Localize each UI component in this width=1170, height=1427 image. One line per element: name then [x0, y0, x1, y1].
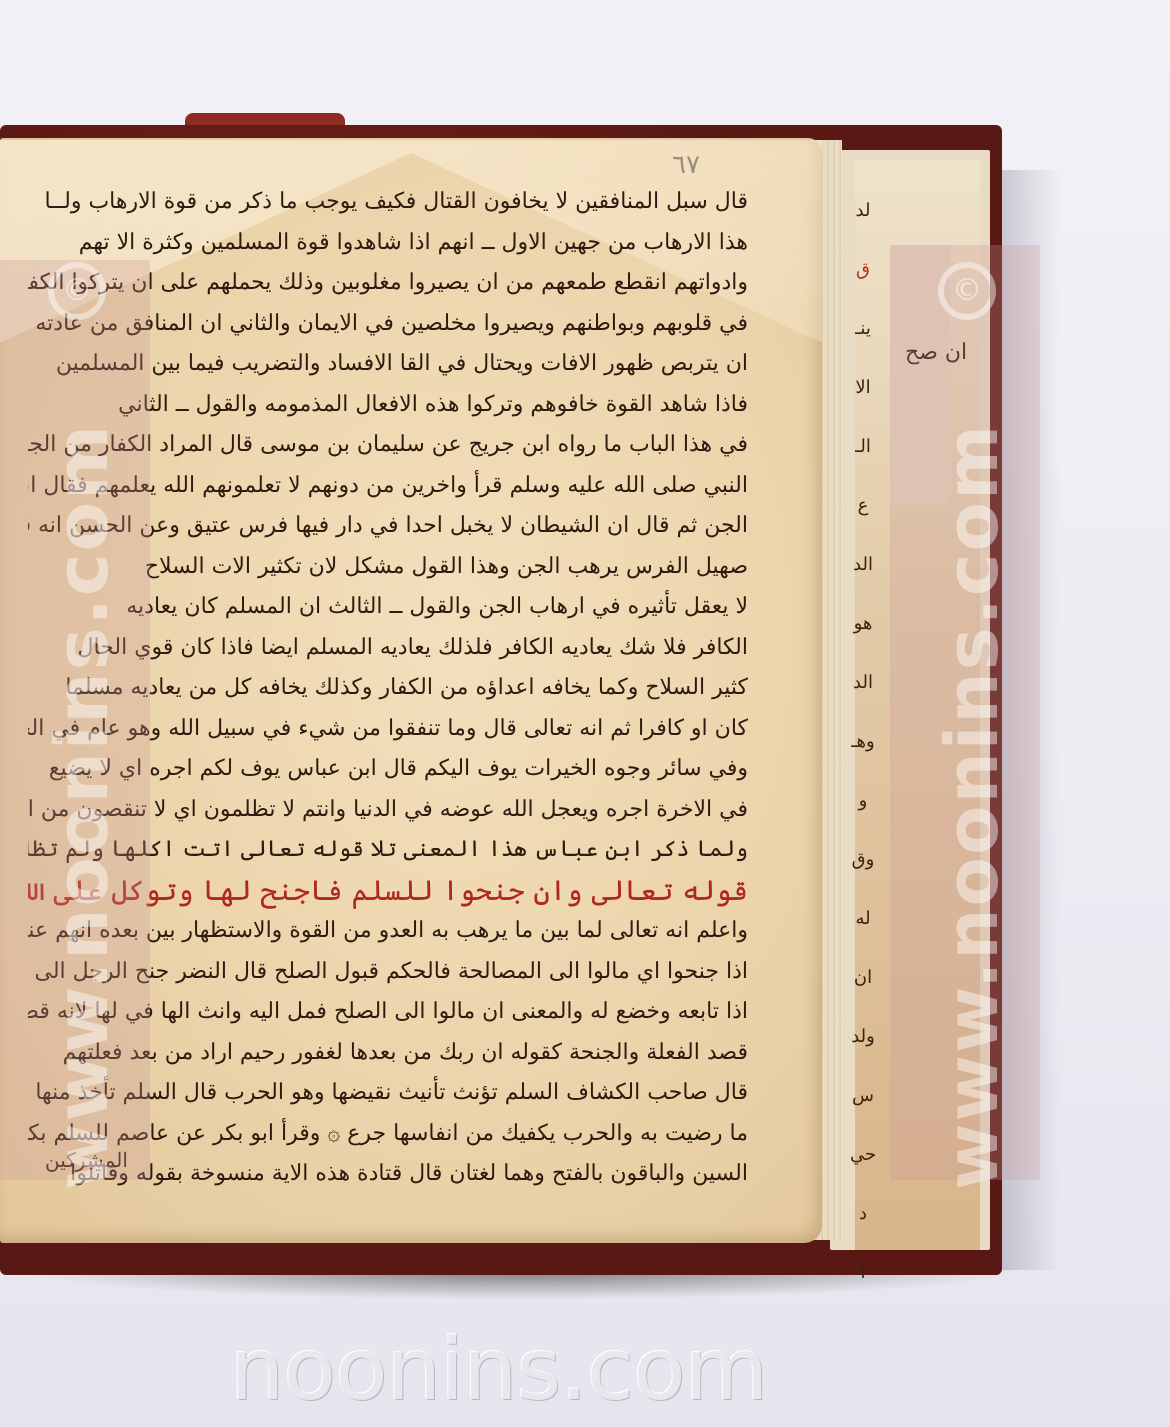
edge-letter: الد [853, 672, 873, 693]
copyright-icon: © [938, 262, 996, 320]
edge-letter: وق [852, 849, 875, 870]
edge-letter: ا [861, 1262, 866, 1283]
edge-letter: س [852, 1085, 874, 1106]
edge-letter: الا [855, 377, 870, 398]
edge-letter: الد [853, 554, 873, 575]
edge-letter: د [859, 1203, 867, 1224]
edge-letter: ع [858, 495, 869, 516]
edge-letter: ولد [851, 1026, 875, 1047]
edge-letter: لد [856, 200, 871, 221]
watermark-vertical-right: www.noonins.com [930, 250, 1014, 1190]
text-line: هذا الارهاب من جهين الاول ــ انهم اذا شا… [28, 223, 748, 264]
watermark-vertical-left: www.noonins.com [40, 250, 124, 1190]
edge-letter: ق [856, 259, 870, 280]
copyright-icon: © [48, 262, 106, 320]
edge-letter: الـ [855, 436, 871, 457]
edge-letter: هو [854, 613, 873, 634]
page-number: ٦٧ [672, 150, 700, 180]
edge-letter: حي [850, 1144, 876, 1165]
edge-letters: لد ق ينـ الا الـ ع الد هو الد وهـ و وق ل… [848, 200, 878, 1100]
edge-letter: وهـ [851, 731, 874, 752]
text-line: قال سبل المنافقين لا يخافون القتال فكيف … [28, 182, 748, 223]
edge-letter: ان [854, 967, 872, 988]
edge-letter: ينـ [855, 318, 871, 339]
edge-letter: و [859, 790, 868, 811]
edge-letter: له [855, 908, 870, 929]
watermark-bottom: noonins.com [230, 1320, 767, 1420]
